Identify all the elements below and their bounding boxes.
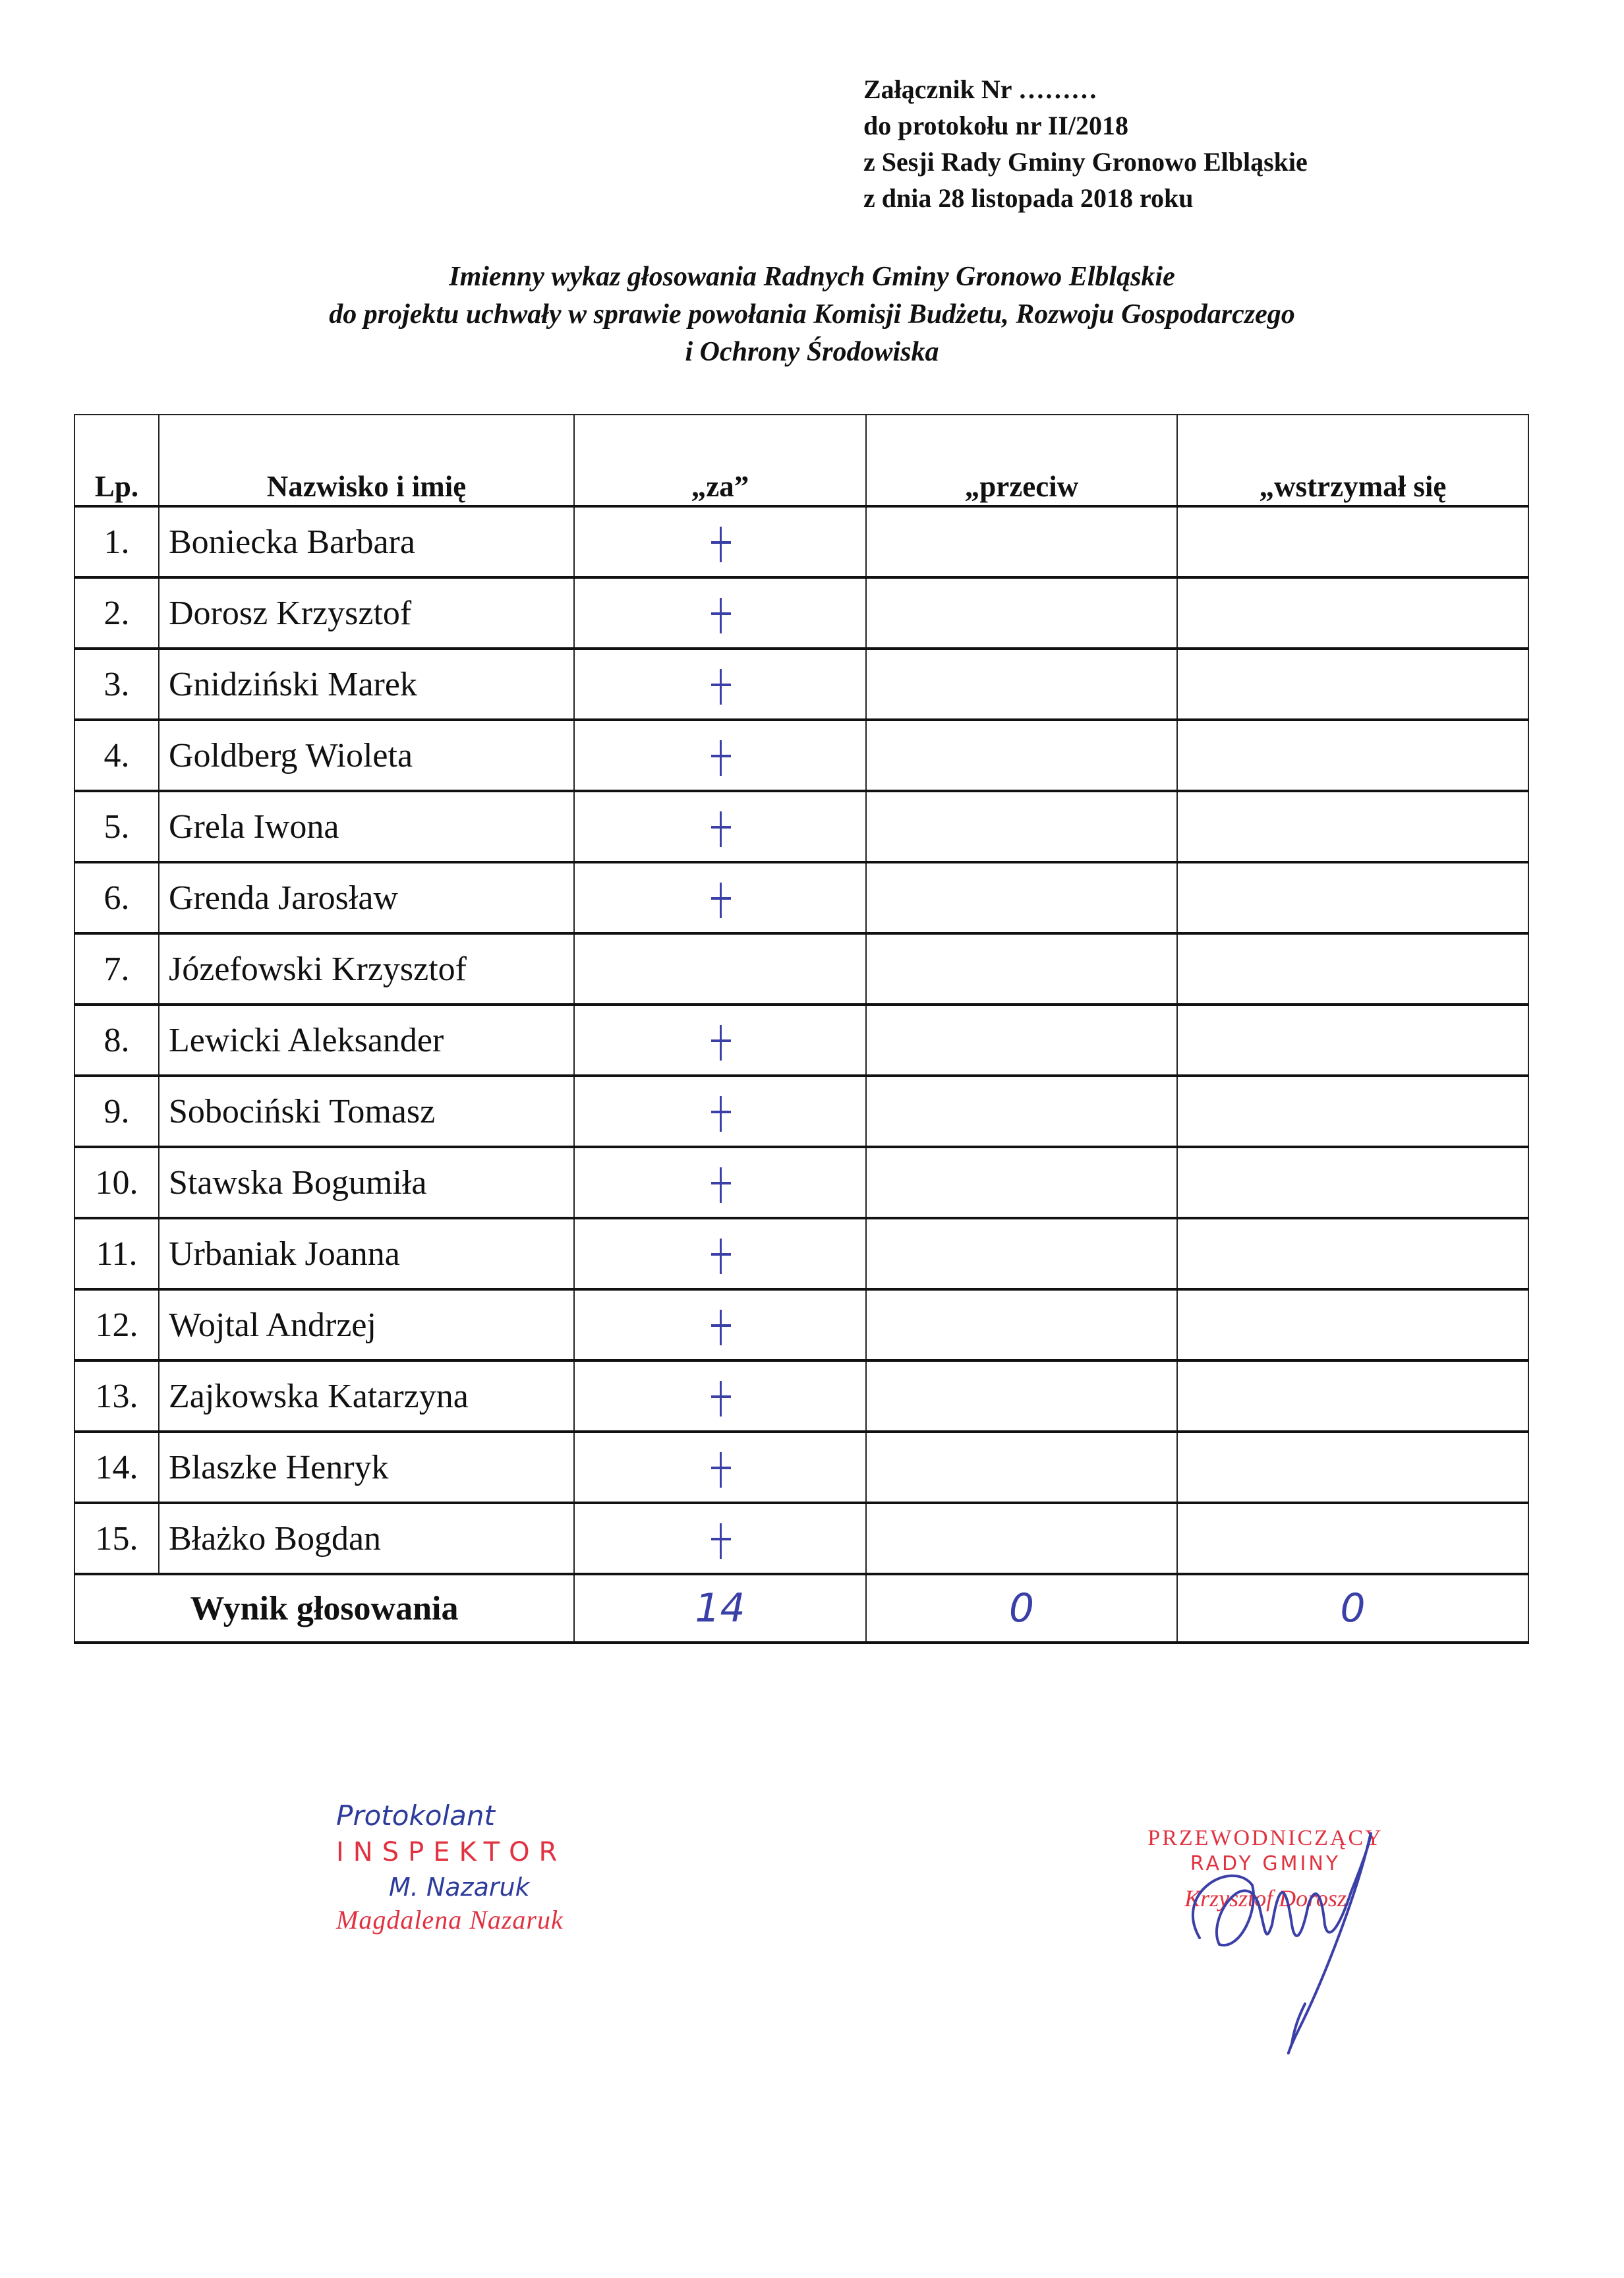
plus-mark-icon [707,1096,734,1132]
protocol-line: do protokołu nr II/2018 [863,107,1308,144]
row-number: 5. [74,791,159,862]
vote-against-cell [866,1076,1177,1147]
column-header-abstain: „wstrzymał się [1177,415,1528,506]
attachment-number-line: Załącznik Nr ……… [863,71,1308,107]
vote-abstain-cell [1177,1432,1528,1503]
councillor-name: Grenda Jarosław [159,862,574,933]
councillor-name: Boniecka Barbara [159,506,574,577]
vote-for-cell [574,1289,866,1360]
recorder-role-handwritten: Protokolant [336,1799,679,1832]
row-number: 11. [74,1218,159,1289]
vote-abstain-cell [1177,791,1528,862]
table-row: 4.Goldberg Wioleta [74,720,1528,791]
vote-for-cell [574,1076,866,1147]
vote-abstain-cell [1177,1076,1528,1147]
row-number: 14. [74,1432,159,1503]
recorder-signature-block: Protokolant INSPEKTOR M. Nazaruk Magdale… [336,1799,679,1935]
plus-mark-icon [707,527,734,562]
plus-mark-icon [707,811,734,847]
councillor-name: Blaszke Henryk [159,1432,574,1503]
councillor-name: Stawska Bogumiła [159,1147,574,1218]
vote-for-cell [574,1005,866,1076]
vote-abstain-cell [1177,577,1528,649]
row-number: 1. [74,506,159,577]
voting-table: Lp. Nazwisko i imię „za” „przeciw „wstrz… [74,414,1529,1644]
row-number: 15. [74,1503,159,1574]
table-row: 1.Boniecka Barbara [74,506,1528,577]
plus-mark-icon [707,598,734,633]
table-row: 7.Józefowski Krzysztof [74,933,1528,1005]
vote-against-cell [866,1503,1177,1574]
result-against: 0 [1009,1585,1034,1631]
table-row: 3.Gnidziński Marek [74,649,1528,720]
table-row: 10.Stawska Bogumiła [74,1147,1528,1218]
vote-against-cell [866,506,1177,577]
councillor-name: Zajkowska Katarzyna [159,1360,574,1432]
plus-mark-icon [707,1239,734,1274]
chairman-signature-block: PRZEWODNICZĄCY RADY GMINY Krzysztof Doro… [1107,1826,1424,1912]
vote-abstain-cell [1177,933,1528,1005]
plus-mark-icon [707,740,734,776]
vote-abstain-cell [1177,1005,1528,1076]
row-number: 2. [74,577,159,649]
table-row: 5.Grela Iwona [74,791,1528,862]
vote-against-cell [866,1147,1177,1218]
row-number: 12. [74,1289,159,1360]
vote-against-cell [866,1218,1177,1289]
column-header-against: „przeciw [866,415,1177,506]
vote-against-cell [866,577,1177,649]
row-number: 13. [74,1360,159,1432]
document-title: Imienny wykaz głosowania Radnych Gminy G… [0,258,1624,371]
vote-against-cell [866,1005,1177,1076]
vote-for-cell [574,649,866,720]
table-row: 11.Urbaniak Joanna [74,1218,1528,1289]
councillor-name: Józefowski Krzysztof [159,933,574,1005]
table-row: 9.Sobociński Tomasz [74,1076,1528,1147]
table-row: 14.Blaszke Henryk [74,1432,1528,1503]
plus-mark-icon [707,1452,734,1488]
councillor-name: Goldberg Wioleta [159,720,574,791]
vote-abstain-cell [1177,862,1528,933]
table-row: 2.Dorosz Krzysztof [74,577,1528,649]
title-line-2: do projektu uchwały w sprawie powołania … [0,296,1624,334]
plus-mark-icon [707,1381,734,1416]
vote-abstain-cell [1177,1289,1528,1360]
vote-for-cell [574,791,866,862]
vote-for-cell [574,862,866,933]
row-number: 7. [74,933,159,1005]
session-line: z Sesji Rady Gminy Gronowo Elbląskie [863,144,1308,180]
inspector-stamp-title: INSPEKTOR [336,1837,679,1867]
councillor-name: Urbaniak Joanna [159,1218,574,1289]
table-row: 13.Zajkowska Katarzyna [74,1360,1528,1432]
table-row: 12.Wojtal Andrzej [74,1289,1528,1360]
vote-against-cell [866,791,1177,862]
vote-abstain-cell [1177,649,1528,720]
vote-against-cell [866,1360,1177,1432]
row-number: 8. [74,1005,159,1076]
result-for: 14 [695,1585,745,1631]
plus-mark-icon [707,1025,734,1061]
row-number: 4. [74,720,159,791]
chairman-signature-scribble [1160,1813,1410,2076]
plus-mark-icon [707,1523,734,1559]
date-line: z dnia 28 listopada 2018 roku [863,180,1308,216]
result-row: Wynik głosowania 14 0 0 [74,1574,1528,1643]
vote-abstain-cell [1177,1503,1528,1574]
title-line-1: Imienny wykaz głosowania Radnych Gminy G… [0,258,1624,296]
vote-against-cell [866,720,1177,791]
vote-abstain-cell [1177,1218,1528,1289]
result-label: Wynik głosowania [74,1574,574,1643]
vote-for-cell [574,1503,866,1574]
column-header-lp: Lp. [74,415,159,506]
plus-mark-icon [707,1310,734,1345]
table-header-row: Lp. Nazwisko i imię „za” „przeciw „wstrz… [74,415,1528,506]
plus-mark-icon [707,1167,734,1203]
result-abstain: 0 [1340,1585,1365,1631]
vote-for-cell [574,933,866,1005]
vote-for-cell [574,577,866,649]
vote-abstain-cell [1177,720,1528,791]
row-number: 6. [74,862,159,933]
vote-against-cell [866,1289,1177,1360]
councillor-name: Grela Iwona [159,791,574,862]
column-header-for: „za” [574,415,866,506]
table-row: 6.Grenda Jarosław [74,862,1528,933]
recorder-signature: M. Nazaruk [389,1873,679,1902]
vote-abstain-cell [1177,1147,1528,1218]
councillor-name: Gnidziński Marek [159,649,574,720]
vote-abstain-cell [1177,1360,1528,1432]
vote-abstain-cell [1177,506,1528,577]
table-row: 15.Błażko Bogdan [74,1503,1528,1574]
vote-against-cell [866,862,1177,933]
plus-mark-icon [707,669,734,705]
councillor-name: Lewicki Aleksander [159,1005,574,1076]
vote-for-cell [574,1432,866,1503]
vote-for-cell [574,1218,866,1289]
attachment-header: Załącznik Nr ……… do protokołu nr II/2018… [863,71,1308,216]
row-number: 10. [74,1147,159,1218]
row-number: 9. [74,1076,159,1147]
plus-mark-icon [707,883,734,918]
row-number: 3. [74,649,159,720]
vote-against-cell [866,649,1177,720]
vote-against-cell [866,933,1177,1005]
title-line-3: i Ochrony Środowiska [0,334,1624,371]
councillor-name: Dorosz Krzysztof [159,577,574,649]
councillor-name: Wojtal Andrzej [159,1289,574,1360]
recorder-stamp-name: Magdalena Nazaruk [336,1904,679,1935]
councillor-name: Błażko Bogdan [159,1503,574,1574]
vote-for-cell [574,1360,866,1432]
table-row: 8.Lewicki Aleksander [74,1005,1528,1076]
councillor-name: Sobociński Tomasz [159,1076,574,1147]
vote-for-cell [574,1147,866,1218]
vote-for-cell [574,720,866,791]
vote-against-cell [866,1432,1177,1503]
vote-for-cell [574,506,866,577]
column-header-name: Nazwisko i imię [159,415,574,506]
